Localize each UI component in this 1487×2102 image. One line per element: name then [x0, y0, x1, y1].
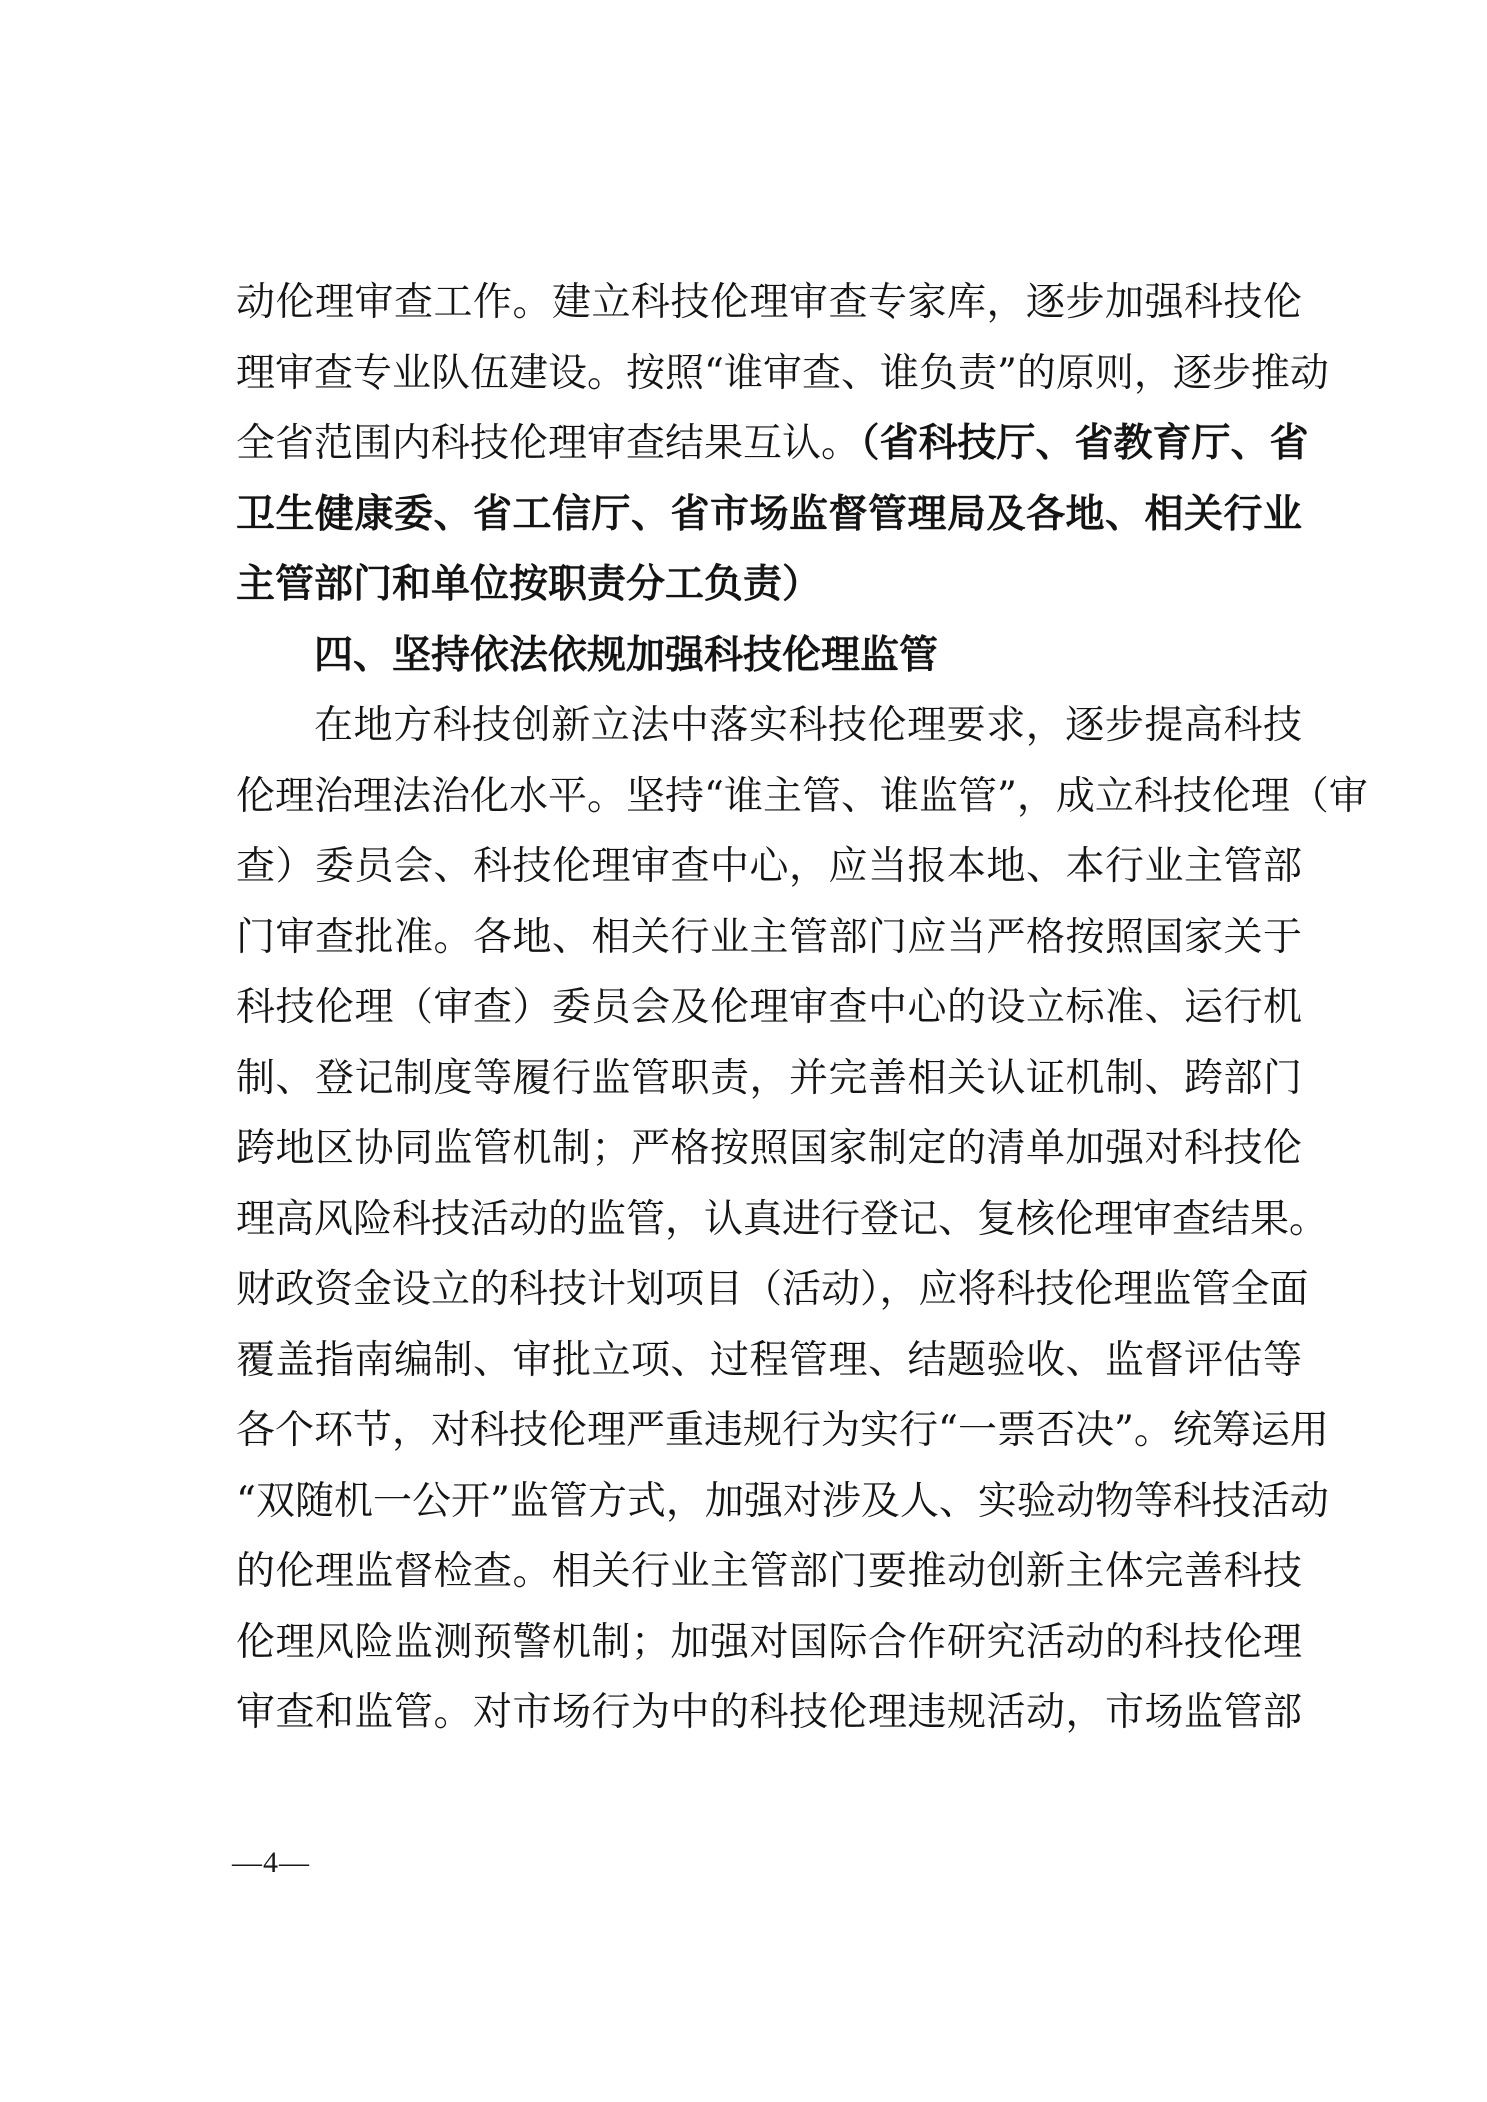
- line-text: 卫生健康委、省工信厅、省市场监督管理局及各地、相关行业: [236, 480, 1302, 551]
- paragraph-line: 理高风险科技活动的监管，认真进行登记、复核伦理审查结果。: [236, 1185, 1302, 1256]
- section-heading: 四、坚持依法依规加强科技伦理监管: [236, 621, 1302, 692]
- document-page: 动伦理审查工作。建立科技伦理审查专家库，逐步加强科技伦 理审查专业队伍建设。按照…: [0, 0, 1487, 2102]
- paragraph-line: 理审查专业队伍建设。按照“谁审查、谁负责”的原则，逐步推动: [236, 339, 1302, 410]
- line-text: 理高风险科技活动的监管，认真进行登记、复核伦理审查结果。: [236, 1185, 1302, 1256]
- paragraph-line: 伦理风险监测预警机制；加强对国际合作研究活动的科技伦理: [236, 1608, 1302, 1679]
- line-text: 财政资金设立的科技计划项目（活动），应将科技伦理监管全面: [236, 1255, 1302, 1326]
- line-text-normal: 全省范围内科技伦理审查结果互认。: [236, 421, 860, 466]
- paragraph-line: “双随机一公开”监管方式，加强对涉及人、实验动物等科技活动: [236, 1467, 1302, 1538]
- line-text: 科技伦理（审查）委员会及伦理审查中心的设立标准、运行机: [236, 973, 1302, 1044]
- line-text: 的伦理监督检查。相关行业主管部门要推动创新主体完善科技: [236, 1537, 1302, 1608]
- responsible-units-line: 卫生健康委、省工信厅、省市场监督管理局及各地、相关行业: [236, 480, 1302, 551]
- heading-text: 四、坚持依法依规加强科技伦理监管: [314, 621, 938, 692]
- document-body: 动伦理审查工作。建立科技伦理审查专家库，逐步加强科技伦 理审查专业队伍建设。按照…: [236, 268, 1302, 1749]
- line-text: 动伦理审查工作。建立科技伦理审查专家库，逐步加强科技伦: [236, 268, 1302, 339]
- paragraph-line: 全省范围内科技伦理审查结果互认。（省科技厅、省教育厅、省: [236, 409, 1302, 480]
- paragraph-line: 查）委员会、科技伦理审查中心，应当报本地、本行业主管部: [236, 832, 1302, 903]
- line-text: 门审查批准。各地、相关行业主管部门应当严格按照国家关于: [236, 903, 1302, 974]
- line-text: 主管部门和单位按职责分工负责）: [236, 550, 821, 621]
- line-text: 理审查专业队伍建设。按照“谁审查、谁负责”的原则，逐步推动: [236, 339, 1302, 410]
- line-text-mixed: 全省范围内科技伦理审查结果互认。（省科技厅、省教育厅、省: [236, 409, 1302, 480]
- line-text: 查）委员会、科技伦理审查中心，应当报本地、本行业主管部: [236, 832, 1302, 903]
- paragraph-line: 伦理治理法治化水平。坚持“谁主管、谁监管”，成立科技伦理（审: [236, 762, 1302, 833]
- paragraph-first-line: 在地方科技创新立法中落实科技伦理要求，逐步提高科技: [236, 691, 1302, 762]
- paragraph-line: 动伦理审查工作。建立科技伦理审查专家库，逐步加强科技伦: [236, 268, 1302, 339]
- line-text: 跨地区协同监管机制；严格按照国家制定的清单加强对科技伦: [236, 1114, 1302, 1185]
- paragraph-line: 制、登记制度等履行监管职责，并完善相关认证机制、跨部门: [236, 1044, 1302, 1115]
- responsible-units-line: 主管部门和单位按职责分工负责）: [236, 550, 1302, 621]
- paragraph-line: 审查和监管。对市场行为中的科技伦理违规活动，市场监管部: [236, 1678, 1302, 1749]
- line-text: 制、登记制度等履行监管职责，并完善相关认证机制、跨部门: [236, 1044, 1302, 1115]
- responsible-units-bold: （省科技厅、省教育厅、省: [860, 421, 1309, 466]
- paragraph-line: 门审查批准。各地、相关行业主管部门应当严格按照国家关于: [236, 903, 1302, 974]
- line-text: 各个环节，对科技伦理严重违规行为实行“一票否决”。统筹运用: [236, 1396, 1302, 1467]
- paragraph-line: 各个环节，对科技伦理严重违规行为实行“一票否决”。统筹运用: [236, 1396, 1302, 1467]
- line-text: 在地方科技创新立法中落实科技伦理要求，逐步提高科技: [314, 691, 1302, 762]
- line-text: “双随机一公开”监管方式，加强对涉及人、实验动物等科技活动: [236, 1467, 1302, 1538]
- paragraph-line: 的伦理监督检查。相关行业主管部门要推动创新主体完善科技: [236, 1537, 1302, 1608]
- paragraph-line: 科技伦理（审查）委员会及伦理审查中心的设立标准、运行机: [236, 973, 1302, 1044]
- line-text: 伦理治理法治化水平。坚持“谁主管、谁监管”，成立科技伦理（审: [236, 762, 1302, 833]
- paragraph-line: 财政资金设立的科技计划项目（活动），应将科技伦理监管全面: [236, 1255, 1302, 1326]
- page-number: —4—: [232, 1846, 310, 1880]
- paragraph-line: 跨地区协同监管机制；严格按照国家制定的清单加强对科技伦: [236, 1114, 1302, 1185]
- line-text: 审查和监管。对市场行为中的科技伦理违规活动，市场监管部: [236, 1678, 1302, 1749]
- paragraph-line: 覆盖指南编制、审批立项、过程管理、结题验收、监督评估等: [236, 1326, 1302, 1397]
- line-text: 伦理风险监测预警机制；加强对国际合作研究活动的科技伦理: [236, 1608, 1302, 1679]
- line-text: 覆盖指南编制、审批立项、过程管理、结题验收、监督评估等: [236, 1326, 1302, 1397]
